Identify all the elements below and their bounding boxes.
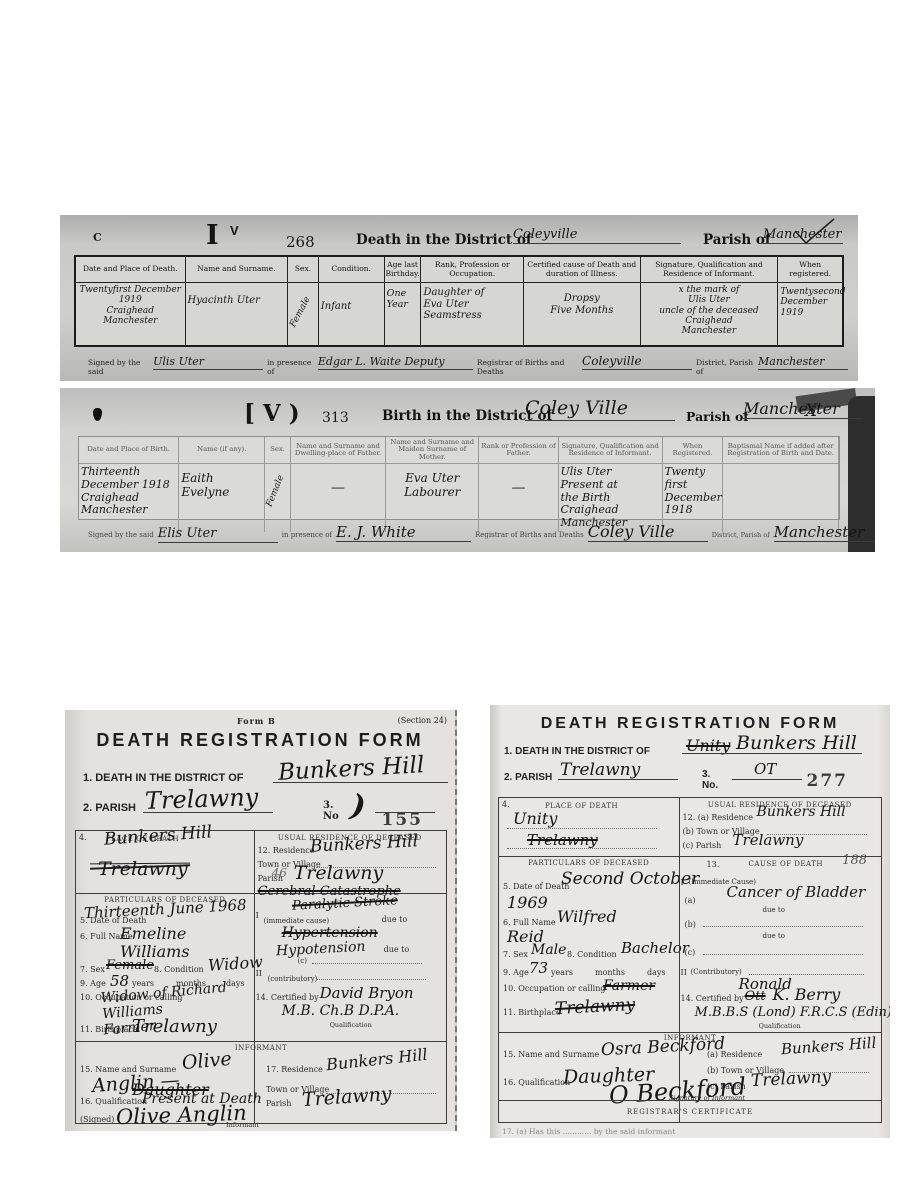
item-7-label: 7. Sex — [80, 965, 105, 974]
full-name-value: Wilfred — [557, 908, 617, 926]
col-header: Name and Surname and Dwelling-place of F… — [291, 437, 386, 463]
presence-label: in presence of — [282, 531, 332, 539]
parish-label: 2. PARISH — [83, 802, 136, 814]
presence-name: E. J. White — [336, 524, 471, 542]
residence-value: Bunkers Hill — [757, 804, 846, 820]
informant-parish: Trelawny — [751, 1068, 832, 1092]
form-body-box: 4. PLACE OF DEATH Bunkers Hill Trelawny … — [75, 830, 447, 1124]
district-parish-label: District, Parish of — [696, 358, 754, 376]
qualification-label: Qualification — [330, 1021, 372, 1029]
age-value: 73 — [529, 960, 548, 977]
immediate-cause-value: Cancer of Bladder — [727, 884, 866, 901]
col-header: Condition. — [319, 257, 385, 282]
col-header: When registered. — [778, 257, 842, 282]
item-12a-label: 12. (a) Residence — [683, 813, 753, 822]
item-12c-label: (c) Parish — [683, 841, 722, 850]
informant-signature: x the mark of Ulis Uter uncle of the dec… — [643, 285, 776, 337]
cause-num: 13. — [707, 860, 720, 869]
registrar-place: Coley Ville — [588, 523, 708, 542]
date-place-of-death: Twentyfirst December 1919 Craighead Manc… — [78, 285, 183, 326]
parish-underline — [558, 779, 678, 780]
registrar-place: Coleyville — [582, 355, 692, 370]
parish-line: 2. PARISH Trelawny 3. No. OT — [504, 767, 552, 785]
full-name-value: Emeline Williams — [120, 925, 190, 962]
parish-line: 2. PARISH Trelawny 3. No ) — [83, 798, 136, 816]
date-place-of-birth: Thirteenth December 1918 Craighead Manch… — [81, 466, 176, 517]
pencil-number: 188 — [842, 854, 867, 869]
informant-name: Olive — [181, 1049, 232, 1075]
immediate-num: I — [256, 911, 259, 920]
contributory-num: II — [256, 969, 262, 978]
series-numeral: I — [206, 220, 219, 251]
corner-mark: C — [93, 231, 102, 244]
item-8-label: 8. Condition — [154, 965, 204, 974]
signed-name: Ulis Uter — [153, 356, 263, 370]
col-header: When Registered. — [663, 437, 724, 463]
date-year: 1969 — [507, 894, 548, 912]
certified-qualification: M.B.B.S (Lond) F.R.C.S (Edin) — [695, 1006, 890, 1021]
table-header-row: Date and Place of Death. Name and Surnam… — [76, 257, 842, 283]
table-header-row: Date and Place of Birth. Name (if any). … — [79, 437, 839, 464]
place-of-death-section: 4. PLACE OF DEATH Bunkers Hill Trelawny — [76, 831, 254, 893]
district-line: 1. DEATH IN THE DISTRICT OF Unity Bunker… — [504, 741, 650, 759]
c-dotted — [703, 954, 863, 955]
parish-label: Parish — [266, 1099, 291, 1108]
col-header: Name and Surname. — [186, 257, 289, 282]
item-8-label: 8. Condition — [567, 950, 617, 959]
form-title: DEATH REGISTRATION FORM — [490, 715, 890, 733]
district-parish-value: Manchester — [774, 524, 874, 542]
col-header: Signature, Qualification and Residence o… — [559, 437, 663, 463]
item-17-label: 17. Residence — [266, 1065, 323, 1074]
a-label: (a) — [685, 896, 696, 905]
place-of-death-section: 4. PLACE OF DEATH Unity Trelawny — [499, 798, 679, 856]
form-number: Form B — [237, 716, 276, 726]
informant-parish: Trelawny — [301, 1084, 392, 1112]
signed-label: Signed by the said — [88, 358, 149, 376]
district-label: 1. DEATH IN THE DISTRICT OF — [83, 772, 244, 784]
col-header: Sex. — [265, 437, 291, 463]
certified-name: K. Berry — [773, 986, 841, 1004]
immediate-label: (immediate cause) — [264, 917, 330, 925]
birthplace-value: Trelawny — [132, 1017, 217, 1038]
col-header: Rank, Profession or Occupation. — [421, 257, 524, 282]
death-register-1919-scan: C I V 268 Death in the District of Coley… — [60, 215, 858, 381]
col-header: Certified cause of Death and duration of… — [524, 257, 640, 282]
entry-stamp-number: 155 — [382, 810, 424, 830]
b-dotted — [703, 926, 863, 927]
cause-of-death: Dropsy Five Months — [526, 293, 637, 316]
months-label: months — [595, 968, 625, 977]
rank-profession: Daughter of Eva Uter Seamstress — [423, 287, 521, 322]
contributory-sub: (Contributory) — [691, 968, 742, 976]
district-underline — [682, 753, 862, 754]
district-label: 1. DEATH IN THE DISTRICT OF — [504, 746, 650, 757]
sex-value: Male — [531, 942, 566, 958]
parish-value: Trelawny — [145, 784, 259, 816]
parish-label: 2. PARISH — [504, 772, 552, 783]
sex-value: Female — [265, 474, 287, 509]
col-header: Sex. — [288, 257, 319, 282]
item-15-label: 15. Name and Surname — [503, 1050, 599, 1059]
signed-label: (Signed) — [80, 1115, 114, 1124]
residence-a-label: (a) Residence — [707, 1050, 762, 1059]
entry-stamp-number: 277 — [807, 771, 849, 791]
item-16-label: 16. Qualification — [503, 1078, 570, 1087]
parish-value: Trelawny — [560, 761, 640, 781]
no-label: 3. No. — [702, 769, 718, 791]
ink-stroke: ) — [349, 789, 368, 825]
place-of-death-value: Bunkers Hill — [103, 823, 212, 850]
informant-section: INFORMANT 15. Name and Surname Olive Ang… — [76, 1041, 446, 1123]
presence-name: Edgar L. Waite Deputy — [318, 356, 473, 370]
cause-label: CAUSE OF DEATH — [749, 860, 823, 868]
form-title: DEATH REGISTRATION FORM — [65, 730, 455, 751]
col-header: Age last Birthday. — [385, 257, 422, 282]
register-title: Death in the District of — [356, 232, 532, 248]
registrar-certificate-label: REGISTRAR'S CERTIFICATE — [499, 1108, 881, 1116]
mother-name: Eva Uter Labourer — [388, 472, 476, 500]
c-label: (c) — [685, 948, 696, 957]
occupation-value: Farmer — [603, 978, 655, 994]
residence-parish-value: Trelawny — [733, 832, 804, 849]
col-header: Rank or Profession of Father. — [479, 437, 558, 463]
father-name: — — [293, 480, 383, 496]
series-sup: V — [230, 223, 239, 238]
registrar-certificate-section: REGISTRAR'S CERTIFICATE — [499, 1100, 881, 1122]
cross-mark: X — [805, 402, 817, 422]
register-footer: Signed by the said Ulis Uter in presence… — [88, 355, 848, 376]
contributory-dotted — [316, 979, 426, 980]
days-label: days — [226, 979, 245, 988]
scanned-records-page: { "register_death": { "corner_mark": "C"… — [0, 0, 918, 1188]
item-9-label: 9. Age — [80, 979, 106, 988]
place-dotted-2 — [507, 848, 657, 849]
no-label: 3. No — [323, 800, 339, 822]
death-register-table: Date and Place of Death. Name and Surnam… — [74, 255, 844, 347]
table-entry-row: Twentyfirst December 1919 Craighead Manc… — [76, 283, 842, 345]
parish-label: Parish of — [686, 409, 749, 424]
residence-value: Bunkers Hill — [309, 832, 418, 857]
item-12-label: 12. Residence — [258, 846, 315, 855]
due-to-label: due to — [382, 915, 408, 924]
birthplace-value: Trelawny — [555, 996, 636, 1020]
days-label: days — [647, 968, 666, 977]
series-numeral: [ V ) — [244, 400, 300, 427]
item-4-num: 4. — [502, 800, 510, 809]
check-mark — [792, 217, 836, 247]
item-9-label: 9. Age — [503, 968, 529, 977]
registrar-label: Registrar of Births and Deaths — [475, 531, 584, 539]
qualification-label: Qualification — [759, 1022, 801, 1030]
due-to-label-2: due to — [384, 945, 410, 954]
col-header: Name and Surname and Maiden Surname of M… — [386, 437, 479, 463]
district-handwritten: Coleyville — [513, 228, 681, 244]
when-registered: Twenty first December 1918 — [665, 466, 721, 517]
birth-register-table: Date and Place of Birth. Name (if any). … — [78, 436, 840, 520]
district-handwritten: Coley Ville — [525, 398, 675, 421]
district-line: 1. DEATH IN THE DISTRICT OF Bunkers Hill — [83, 768, 244, 786]
table-entry-row: Thirteenth December 1918 Craighead Manch… — [79, 464, 839, 531]
registrar-label: Registrar of Births and Deaths — [477, 358, 578, 376]
place-of-death-value: Unity — [513, 810, 557, 828]
no-underline — [732, 779, 802, 780]
cause-value: Hypotension — [275, 939, 365, 960]
col-header: Date and Place of Death. — [76, 257, 186, 282]
parish-underline — [143, 812, 273, 813]
birth-register-1918-scan: [ V ) 313 Birth in the District of Coley… — [60, 388, 875, 552]
immediate-num: I — [681, 878, 684, 887]
place-dotted — [507, 828, 657, 829]
years-label: years — [551, 968, 573, 977]
item-7-label: 7. Sex — [503, 950, 528, 959]
signed-name: Elis Uter — [158, 527, 278, 543]
condition-value: Infant — [321, 301, 382, 313]
cause-crossed-2: Paralytic Stroke — [291, 894, 398, 914]
col-header: Baptismal Name if added after Registrati… — [723, 437, 839, 463]
due-to-1: due to — [763, 906, 785, 914]
district-parish-value: Manchester — [758, 356, 848, 370]
certified-qualification: M.B. Ch.B D.P.A. — [282, 1003, 400, 1019]
certified-crossed: Ott — [745, 990, 766, 1005]
item-4-num: 4. — [79, 833, 87, 842]
item-14-label: 14. Certified by — [681, 994, 744, 1003]
certified-name: David Bryon — [320, 985, 414, 1002]
item-5-label: 5. Date of Death — [503, 882, 569, 891]
no-value: OT — [754, 761, 776, 778]
signed-label: Signed by the said — [88, 531, 154, 539]
due-to-2: due to — [763, 932, 785, 940]
particulars-section: PARTICULARS OF DECEASED 5. Date of Death… — [76, 893, 254, 1041]
cause-of-death-section: 13. CAUSE OF DEATH 188 I (Immediate Caus… — [679, 856, 881, 1032]
ink-blot — [93, 408, 102, 421]
particulars-label: PARTICULARS OF DECEASED — [499, 859, 679, 867]
col-header: Date and Place of Birth. — [79, 437, 179, 463]
residence-parish-value: Trelawny — [294, 863, 384, 885]
sex-value: Female — [288, 295, 313, 329]
item-11-label: 11. Birthplace — [503, 1008, 561, 1017]
father-profession: — — [481, 480, 555, 496]
pencil-number: 46 — [272, 867, 287, 881]
district-underline — [273, 782, 448, 783]
entry-number: 313 — [322, 410, 349, 426]
register-footer: Signed by the said Elis Uter in presence… — [88, 523, 875, 543]
when-registered: Twentysecond December 1919 — [780, 287, 840, 318]
cause-of-death-section: Cerebral Catastrophe Paralytic Stroke I … — [254, 893, 446, 1041]
presence-label: in presence of — [267, 358, 314, 376]
item-14-label: 14. Certified by — [256, 993, 319, 1002]
b-label: (b) — [685, 920, 696, 929]
usual-residence-section: USUAL RESIDENCE OF DECEASED 12. (a) Resi… — [679, 798, 881, 856]
death-registration-form-1968-scan: Form B (Section 24) DEATH REGISTRATION F… — [65, 710, 457, 1131]
parish-label: Parish of — [703, 232, 771, 248]
c-dotted — [312, 963, 422, 964]
col-header: Name (if any). — [179, 437, 265, 463]
death-registration-form-1969-scan: DEATH REGISTRATION FORM 1. DEATH IN THE … — [490, 705, 890, 1138]
parish-handwritten: Manchester — [743, 400, 863, 419]
c-label: (c) — [298, 957, 307, 965]
informant-signature: Ulis Uter Present at the Birth Craighead… — [561, 466, 660, 529]
partial-cutoff-line: 17. (a) Has this ............ by the sai… — [502, 1127, 675, 1136]
item-10-label: 10. Occupation or calling — [503, 984, 606, 993]
informant-sub-label: Informant — [226, 1121, 259, 1129]
item-6-label: 6. Full Name — [503, 918, 556, 927]
form-body-box: 4. PLACE OF DEATH Unity Trelawny USUAL R… — [498, 797, 882, 1123]
item-11-label: 11. Birthplace — [80, 1025, 138, 1034]
place-crossed: Trelawny — [527, 832, 598, 849]
informant-section: INFORMANT 15. Name and Surname Osra Beck… — [499, 1032, 881, 1100]
contributory-label: (contributory) — [268, 975, 318, 983]
particulars-section: PARTICULARS OF DECEASED 5. Date of Death… — [499, 856, 679, 1032]
child-name: Eaith Evelyne — [181, 472, 262, 500]
district-parish-label: District, Parish of — [712, 531, 770, 539]
contributory-num: II — [681, 968, 687, 977]
section-ref: (Section 24) — [398, 716, 447, 725]
col-header: Signature, Qualification and Residence o… — [641, 257, 779, 282]
entry-number: 268 — [286, 233, 315, 251]
age-value: One Year — [387, 289, 419, 311]
name-surname: Hyacinth Uter — [188, 295, 286, 307]
district-value: Bunkers Hill — [736, 733, 857, 755]
place-of-death-parish: Trelawny — [98, 859, 188, 881]
